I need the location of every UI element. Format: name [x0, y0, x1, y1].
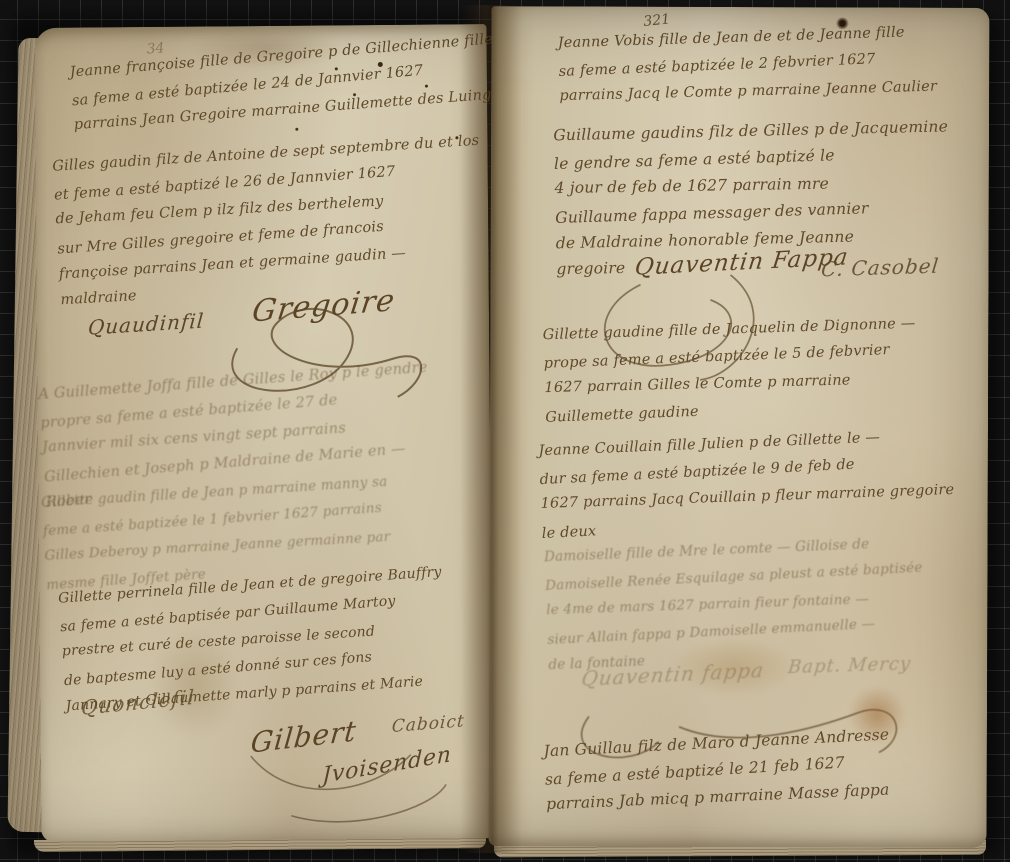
baptism-entry: Jeanne françoise fille de Gregoire p de … [69, 26, 499, 140]
manuscript-left-page: 34 Jeanne françoise fille de Gregoire p … [34, 24, 493, 842]
book-gutter-shadow [460, 5, 522, 853]
baptism-entry: Gillette gaudine fille de Jacquelin de D… [542, 311, 918, 431]
baptism-entry: Jeanne Couillain fille Julien p de Gille… [538, 422, 956, 547]
signature: Quaudinfil [87, 308, 205, 339]
manuscript-right-page: 321 Jeanne Vobis fille de Jean de et de … [489, 6, 990, 848]
signature-flourish [230, 714, 461, 836]
baptism-entry: Jeanne Vobis fille de Jean de et de Jean… [557, 19, 937, 112]
ink-speckles [335, 67, 338, 70]
baptism-entry: Jan Guillau filz de Maro d Jeanne Andres… [543, 721, 893, 819]
